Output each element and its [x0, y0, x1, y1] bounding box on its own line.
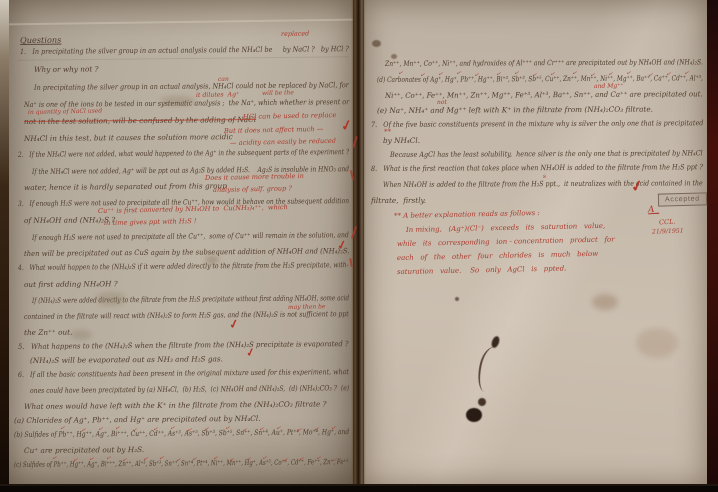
ink-blot: [372, 40, 381, 47]
handwritten-line: Why or why not ?: [34, 65, 99, 73]
book-edge-bottom: [0, 486, 718, 492]
handwritten-line: replaced: [281, 30, 309, 37]
handwritten-line: (e) Na⁺, NH₄⁺ and Mg⁺⁺ left with K⁺ in t…: [377, 106, 653, 115]
handwritten-line: When NH₄OH is added to the filtrate from…: [383, 179, 703, 188]
handwritten-line: it dilutes Ag⁺: [196, 92, 239, 99]
handwritten-line: (NH₄)₂S will be evaporated out as NH₃ an…: [30, 355, 223, 364]
handwritten-line: 8. What is the first reaction that takes…: [371, 163, 703, 172]
handwritten-line: Zn⁺⁺, Mn⁺⁺, Co⁺⁺, Ni⁺⁺, and hydroxides o…: [385, 58, 703, 67]
grade-mark: A_: [648, 205, 660, 216]
notebook-photo: Questionsreplaced1. In precipitating the…: [0, 0, 718, 492]
grader-date: 21/9/1951: [652, 227, 684, 235]
book-gutter: [351, 0, 366, 487]
handwritten-line: (d) Carbonates of Ag⁺, Hg⁺, Pb⁺⁺, Hg⁺⁺, …: [377, 74, 703, 83]
ink-blot: [455, 297, 459, 301]
paper-stain: [592, 294, 618, 310]
handwritten-line: by NH₄Cl.: [383, 137, 420, 144]
handwritten-line: and Mg⁺⁺: [594, 83, 624, 90]
handwritten-line: Questions: [20, 36, 61, 45]
paper-stain: [96, 292, 126, 306]
book-cover-right: [707, 0, 718, 492]
handwritten-line: in time gives ppt with H₂S !: [104, 218, 197, 227]
paper-stain: [160, 96, 196, 106]
handwritten-line: s: [543, 174, 546, 180]
handwritten-line: Cu⁺ are precipitated out by H₂S.: [24, 446, 144, 454]
paper-stain: [636, 328, 678, 358]
handwritten-line: **: [384, 129, 391, 136]
accepted-stamp: Accepted: [658, 192, 707, 206]
handwritten-line: will be the: [262, 90, 294, 97]
ink-blot: [466, 408, 482, 422]
handwritten-line: not: [437, 100, 447, 106]
grader-initials: CCL.: [659, 218, 676, 227]
handwritten-line: NH₄Cl in this test, but it causes the so…: [24, 133, 233, 142]
handwritten-line: Ni⁺⁺, Co⁺⁺, Fe⁺⁺, Mn⁺⁺, Zn⁺⁺, Mg⁺⁺, Fe⁺³…: [385, 90, 703, 99]
handwritten-line: analysis of sulf. group ?: [213, 185, 292, 193]
handwritten-line: out first adding NH₄OH ?: [24, 280, 118, 288]
handwritten-line: 7. Of the five basic constituents presen…: [371, 119, 703, 128]
paper-stain: [70, 330, 92, 340]
handwritten-line: water, hence it is hardly separated out …: [24, 182, 227, 191]
ink-blot: [478, 398, 486, 406]
handwritten-line: can: [218, 77, 229, 83]
handwritten-line: filtrate, firstly.: [371, 197, 426, 205]
handwritten-line: not in the test solution, will be confus…: [24, 116, 256, 125]
handwritten-line: (a) Chlorides of Ag⁺, Pb⁺⁺, and Hg⁺ are …: [14, 415, 261, 424]
handwritten-line: Because AgCl has the least solubility, h…: [390, 149, 703, 158]
handwritten-line: the Zn⁺⁺ out.: [24, 329, 72, 337]
paper-stain: [205, 256, 219, 264]
handwritten-line: of NH₄OH and (NH₄)₂S ?: [24, 216, 115, 224]
book-edge-left: [0, 0, 9, 492]
ink-blot: [391, 54, 397, 59]
